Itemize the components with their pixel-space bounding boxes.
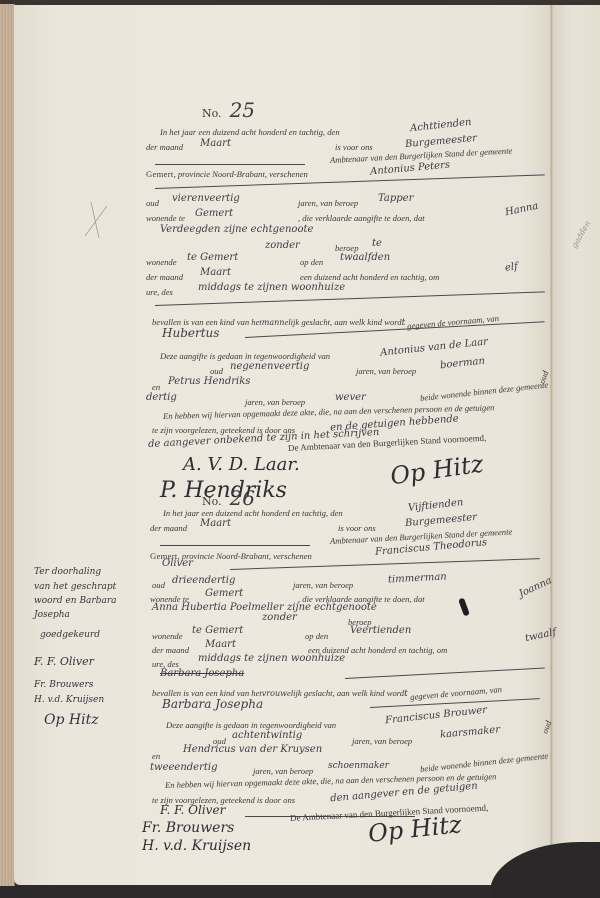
line-voor-ons: is voor ons — [338, 523, 376, 533]
print-text: der maand — [146, 142, 183, 152]
print-text: der maand — [146, 272, 183, 282]
line-date: In het jaar een duizend acht honderd en … — [163, 508, 343, 518]
hw-witness2-name: Petrus Hendriks — [168, 376, 250, 387]
margin-line: goedgekeurd — [40, 630, 100, 640]
print-text: jaren, van beroep — [356, 366, 416, 376]
margin-signature: Op Hitz — [44, 712, 99, 728]
print-text: der maand — [152, 645, 189, 655]
hw-sex: vrouw — [262, 689, 287, 698]
hw-birth-month: Maart — [205, 639, 236, 650]
line-birth-place: wonende — [146, 257, 177, 267]
print-text: , provincie Noord-Brabant, verschenen — [178, 551, 312, 561]
hw-t: t — [402, 318, 406, 328]
no-label: No. — [202, 107, 222, 120]
hw-age: vierenveertig — [172, 193, 240, 204]
print-text: In het jaar een duizend acht honderd en … — [163, 508, 343, 518]
no-label: No. — [202, 495, 222, 508]
line-birth-place: wonende — [152, 631, 183, 641]
line-witness1-age: oud — [210, 366, 223, 376]
margin-line: woord en Barbara — [34, 596, 117, 606]
line-witness2-occupation: jaren, van beroep — [253, 766, 313, 776]
hw-t: t — [404, 689, 408, 699]
line-op-den: op den — [300, 257, 323, 267]
line-voor-ons: is voor ons — [335, 142, 373, 152]
fill-rule — [160, 545, 310, 546]
print-text: der maand — [150, 523, 187, 533]
line-witnesses: Deze aangifte is gedaan in tegenwoordigh… — [160, 351, 330, 361]
hw-mother-occupation: zonder — [262, 612, 297, 623]
margin-line: Josepha — [34, 610, 70, 620]
print-text: jaren, van beroep — [352, 736, 412, 746]
hw-witness1-age: negenenveertig — [230, 361, 309, 372]
record-number: No.25 — [202, 98, 255, 122]
print-text: wonende — [146, 257, 177, 267]
print-text: en — [152, 751, 160, 761]
line-birth-month: der maand — [146, 272, 183, 282]
print-text: In het jaar een duizend acht honderd en … — [160, 127, 340, 137]
hw-witness2-name: Hendricus van der Kruysen — [183, 744, 322, 755]
line-occupation: jaren, van beroep — [293, 580, 353, 590]
print-municipality: Gemert — [146, 169, 174, 179]
print-text: oud — [152, 580, 165, 590]
line-age: oud — [146, 198, 159, 208]
hw-child-name: Hubertus — [162, 326, 219, 340]
margin-signature: Fr. Brouwers — [34, 680, 93, 690]
hw-residence: Gemert — [195, 208, 233, 219]
record-number-value: 25 — [230, 98, 255, 122]
hw-witness1-age: achtentwintig — [232, 730, 302, 741]
hw-age: drieendertig — [172, 575, 235, 586]
hw-child-name: Barbara Josepha — [162, 697, 263, 711]
print-text: , die verklaarde aangifte te doen, dat — [298, 213, 425, 223]
print-text: elijk geslacht, aan welk kind word — [284, 317, 401, 327]
record-number-value: 26 — [230, 486, 255, 510]
hw-time-place: middags te zijnen woonhuize — [198, 282, 345, 293]
hw-mother-name: Verdeegden zijne echtgenoote — [160, 224, 313, 235]
signature-witness1: Fr. Brouwers — [142, 820, 234, 836]
line-birth-month: der maand — [152, 645, 189, 655]
hw-witness2-occupation: schoenmaker — [328, 761, 389, 771]
print-text: , provincie Noord-Brabant, verschenen — [174, 169, 308, 179]
signature-witness2: H. v.d. Kruijsen — [142, 838, 251, 854]
print-text: jaren, van beroep — [298, 198, 358, 208]
line-age: oud — [152, 580, 165, 590]
print-text: is voor ons — [338, 523, 376, 533]
line-witnesses: Deze aangifte is gedaan in tegenwoordigh… — [166, 720, 336, 730]
line-month: der maand — [150, 523, 187, 533]
signature-witness1: A. V. D. Laar. — [183, 454, 300, 475]
margin-line: Ter doorhaling — [34, 567, 101, 577]
print-text: oud — [146, 198, 159, 208]
hw-birth-day: twaalfden — [340, 252, 390, 263]
margin-signature: F. F. Oliver — [34, 655, 94, 668]
print-text: jaren, van beroep — [245, 397, 305, 407]
line-month: der maand — [146, 142, 183, 152]
hw-birth-day: Veertienden — [350, 625, 411, 636]
hw-birth-month: Maart — [200, 267, 231, 278]
hw-birth-place: te Gemert — [192, 625, 243, 636]
line-date: In het jaar een duizend acht honderd en … — [160, 127, 340, 137]
line-occupation: jaren, van beroep — [298, 198, 358, 208]
hw-month: Maart — [200, 518, 231, 529]
print-text: ure, des — [146, 287, 173, 297]
line-residence: wonende te — [146, 213, 185, 223]
print-text: oud — [210, 366, 223, 376]
line-birth-year: een duizend acht honderd en tachtig, om — [300, 272, 439, 282]
print-text: elijk geslacht, aan welk kind word — [287, 688, 404, 698]
pencil-x-mark-icon — [85, 200, 107, 240]
page-stack-edges — [0, 4, 15, 886]
hw-birth-hour: elf — [504, 261, 518, 274]
hw-mother-occupation: zonder — [265, 240, 300, 251]
hw-time-place: middags te zijnen woonhuize — [198, 653, 345, 664]
line-op-den: op den — [305, 631, 328, 641]
line-witness1-occupation: jaren, van beroep — [352, 736, 412, 746]
hw-occupation: Tapper — [378, 193, 413, 204]
line-province: Gemert, provincie Noord-Brabant, versche… — [146, 169, 308, 179]
line-en: en — [152, 751, 160, 761]
hw-struck-name: Barbara Josepha — [160, 668, 244, 679]
margin-line: van het geschrapt — [34, 582, 116, 592]
record-number: No.26 — [202, 486, 255, 510]
next-page-edge — [553, 5, 600, 845]
hw-declarant-surname: Oliver — [162, 558, 193, 569]
fill-rule — [155, 164, 305, 165]
hw-residence: Gemert — [205, 588, 243, 599]
hw-witness2-occupation: wever — [335, 392, 366, 403]
hw-te: te — [372, 238, 382, 249]
line-declared: , die verklaarde aangifte te doen, dat — [298, 213, 425, 223]
hw-birth-place: te Gemert — [187, 252, 238, 263]
print-text: Deze aangifte is gedaan in tegenwoordigh… — [160, 351, 330, 361]
line-witness2-occupation: jaren, van beroep — [245, 397, 305, 407]
print-text: is voor ons — [335, 142, 373, 152]
register-book: gadden No.25 In het jaar een duizend ach… — [0, 0, 600, 898]
line-en: en — [152, 382, 160, 392]
print-text: wonende — [152, 631, 183, 641]
hw-witness2-age: tweeendertig — [150, 762, 218, 773]
hw-witness2-age: dertig — [146, 392, 177, 403]
hw-sex: mann — [262, 318, 285, 327]
print-text: en — [152, 382, 160, 392]
signature-declarant: F. F. Oliver — [160, 803, 225, 817]
line-time-of-day: ure, des — [146, 287, 173, 297]
margin-signature: H. v.d. Kruijsen — [34, 695, 104, 705]
print-text: Deze aangifte is gedaan in tegenwoordigh… — [166, 720, 336, 730]
print-text: op den — [305, 631, 328, 641]
print-text: jaren, van beroep — [253, 766, 313, 776]
print-text: wonende te — [146, 213, 185, 223]
print-text: jaren, van beroep — [293, 580, 353, 590]
line-witness1-occupation: jaren, van beroep — [356, 366, 416, 376]
hw-month: Maart — [200, 138, 231, 149]
print-text: op den — [300, 257, 323, 267]
print-text: een duizend acht honderd en tachtig, om — [300, 272, 439, 282]
